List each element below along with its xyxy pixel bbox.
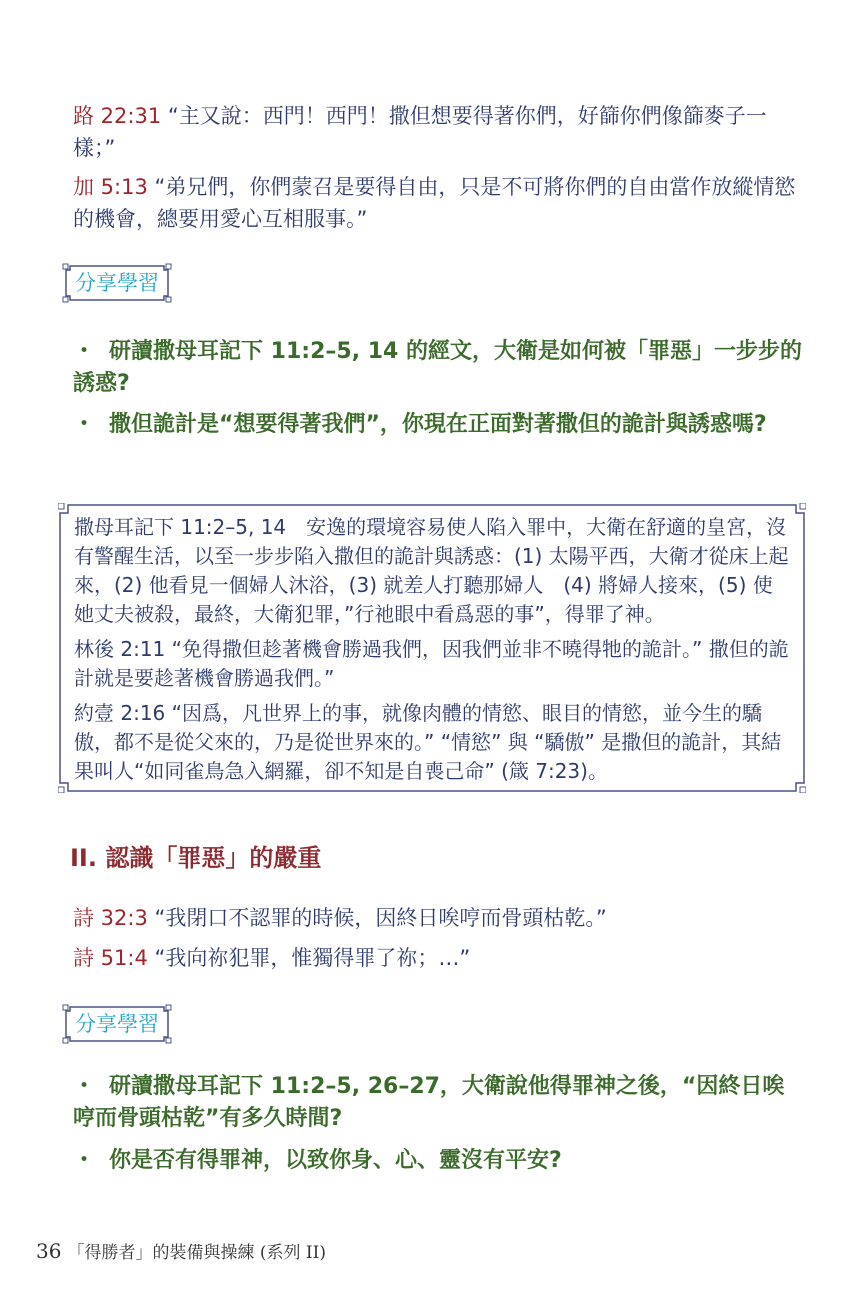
verse-ref: 路 22:31 <box>73 104 161 128</box>
page-number: 36 <box>36 1239 61 1263</box>
bullet-icon: ・ <box>73 336 109 368</box>
question-item: ・撒但詭計是“想要得著我們”，你現在正面對著撒但的詭計與誘惑嗎? <box>73 409 803 441</box>
note-box: 撒母耳記下 11:2–5, 14 安逸的環境容易使人陷入罪中，大衛在舒適的皇宮，… <box>58 503 806 793</box>
question-item: ・研讀撒母耳記下 11:2–5, 26–27，大衛說他得罪神之後，“因終日唉哼而… <box>73 1071 803 1135</box>
question-item: ・研讀撒母耳記下 11:2–5, 14 的經文，大衛是如何被「罪惡」一步步的誘惑… <box>73 336 803 400</box>
verse-ref: 詩 51:4 <box>73 946 148 970</box>
question-text: 研讀撒母耳記下 11:2–5, 14 的經文，大衛是如何被「罪惡」一步步的誘惑? <box>73 339 802 396</box>
share-study-label: 分享學習 <box>62 1004 172 1044</box>
verse-luke-22-31: 路 22:31 “主又說：西門！西門！撒但想要得著你們，好篩你們像篩麥子一樣；” <box>73 100 803 164</box>
bullet-icon: ・ <box>73 409 109 441</box>
bullet-icon: ・ <box>73 1145 109 1177</box>
verse-psalm-32-3: 詩 32:3 “我閉口不認罪的時候，因終日唉哼而骨頭枯乾。” <box>73 902 803 934</box>
question-item: ・你是否有得罪神，以致你身、心、靈沒有平安? <box>73 1145 803 1177</box>
question-text: 你是否有得罪神，以致你身、心、靈沒有平安? <box>109 1148 562 1173</box>
verse-ref: 詩 32:3 <box>73 906 148 930</box>
verse-text: “主又說：西門！西門！撒但想要得著你們，好篩你們像篩麥子一樣；” <box>73 104 767 160</box>
share-study-text: 分享學習 <box>62 263 172 303</box>
note-paragraph: 林後 2:11 “免得撒但趁著機會勝過我們，因我們並非不曉得牠的詭計。” 撒但的… <box>74 635 792 693</box>
page-footer: 36「得勝者」的裝備與操練 (系列 II) <box>36 1238 326 1263</box>
verse-text: “我向祢犯罪，惟獨得罪了祢；…” <box>155 946 471 970</box>
verse-text: “我閉口不認罪的時候，因終日唉哼而骨頭枯乾。” <box>155 906 607 930</box>
book-title: 「得勝者」的裝備與操練 (系列 II) <box>67 1243 326 1263</box>
share-study-text: 分享學習 <box>62 1004 172 1044</box>
note-paragraph: 撒母耳記下 11:2–5, 14 安逸的環境容易使人陷入罪中，大衛在舒適的皇宮，… <box>74 513 792 629</box>
note-paragraph: 約壹 2:16 “因爲，凡世界上的事，就像肉體的情慾、眼目的情慾，並今生的驕傲，… <box>74 699 792 786</box>
question-text: 研讀撒母耳記下 11:2–5, 26–27，大衛說他得罪神之後，“因終日唉哼而骨… <box>73 1074 784 1131</box>
question-text: 撒但詭計是“想要得著我們”，你現在正面對著撒但的詭計與誘惑嗎? <box>109 412 767 437</box>
verse-psalm-51-4: 詩 51:4 “我向祢犯罪，惟獨得罪了祢；…” <box>73 942 803 974</box>
bullet-icon: ・ <box>73 1071 109 1103</box>
verse-ref: 加 5:13 <box>73 175 148 199</box>
verse-text: “弟兄們，你們蒙召是要得自由，只是不可將你們的自由當作放縱情慾的機會，總要用愛心… <box>73 175 795 231</box>
share-study-label: 分享學習 <box>62 263 172 303</box>
section-heading: II. 認識「罪惡」的嚴重 <box>70 838 321 873</box>
verse-gal-5-13: 加 5:13 “弟兄們，你們蒙召是要得自由，只是不可將你們的自由當作放縱情慾的機… <box>73 171 803 235</box>
